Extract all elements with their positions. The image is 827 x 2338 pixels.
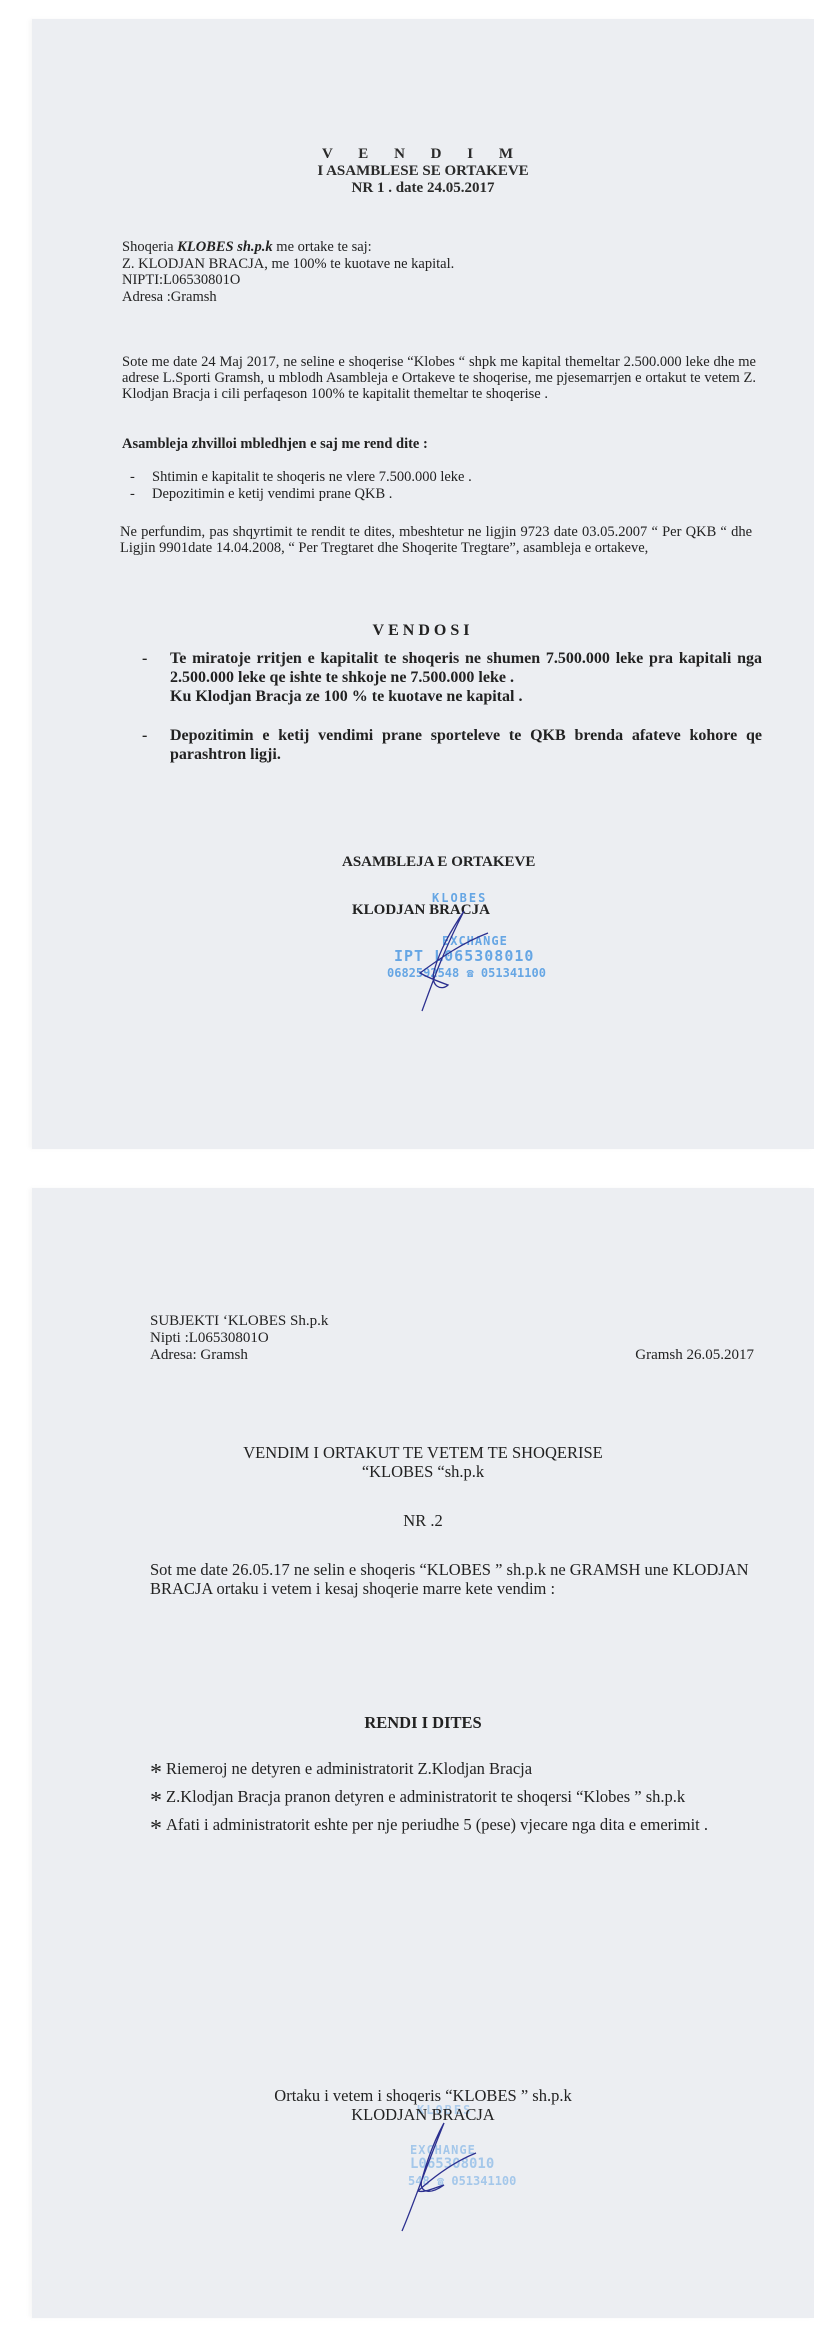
conclusion-paragraph: Ne perfundim, pas shqyrtimit te rendit t… bbox=[120, 524, 752, 556]
decision-title: V E N D I M I ASAMBLESE SE ORTAKEVE NR 1… bbox=[32, 146, 814, 197]
decision-paragraph: Sot me date 26.05.17 ne selin e shoqeris… bbox=[150, 1560, 750, 1598]
title-number-date: NR 1 . date 24.05.2017 bbox=[32, 180, 814, 197]
decides-heading: VENDOSI bbox=[32, 622, 814, 640]
address: Adresa: Gramsh bbox=[150, 1347, 328, 1364]
nipti: NIPTI:L06530801O bbox=[122, 272, 454, 289]
agenda-item-text: Afati i administratorit eshte per nje pe… bbox=[166, 1815, 708, 1834]
asterisk-bullet-icon: * bbox=[150, 1788, 162, 1814]
signature-organization: ASAMBLEJA E ORTAKEVE bbox=[342, 854, 535, 871]
company-line: Shoqeria KLOBES sh.p.k me ortake te saj: bbox=[122, 239, 454, 256]
company-header: Shoqeria KLOBES sh.p.k me ortake te saj:… bbox=[122, 239, 454, 305]
agenda-item: *Riemeroj ne detyren e administratorit Z… bbox=[150, 1758, 770, 1778]
address: Adresa :Gramsh bbox=[122, 289, 454, 306]
decision-number: NR .2 bbox=[32, 1511, 814, 1531]
agenda-list: Shtimin e kapitalit te shoqeris ne vlere… bbox=[122, 469, 472, 503]
decisions-list: Te miratoje rritjen e kapitalit te shoqe… bbox=[142, 649, 762, 784]
company-prefix: Shoqeria bbox=[122, 239, 177, 255]
signature-scribble-icon bbox=[382, 899, 502, 1029]
meeting-paragraph: Sote me date 24 Maj 2017, ne seline e sh… bbox=[122, 354, 756, 402]
title-company: “KLOBES “sh.p.k bbox=[32, 1462, 814, 1481]
title-line: VENDIM I ORTAKUT TE VETEM TE SHOQERISE bbox=[32, 1443, 814, 1462]
asterisk-bullet-icon: * bbox=[150, 1760, 162, 1786]
place-date: Gramsh 26.05.2017 bbox=[635, 1347, 754, 1364]
asterisk-bullet-icon: * bbox=[150, 1816, 162, 1842]
company-name: KLOBES sh.p.k bbox=[177, 239, 273, 255]
subject-header: SUBJEKTI ‘KLOBES Sh.p.k Nipti :L06530801… bbox=[150, 1313, 328, 1364]
decision-text: Ku Klodjan Bracja ze 100 % te kuotave ne… bbox=[170, 687, 762, 706]
agenda-item: Shtimin e kapitalit te shoqeris ne vlere… bbox=[122, 469, 472, 486]
agenda-item: *Afati i administratorit eshte per nje p… bbox=[150, 1814, 770, 1834]
decision-text: Depozitimin e ketij vendimi prane sporte… bbox=[170, 726, 762, 764]
partner-line: Z. KLODJAN BRACJA, me 100% te kuotave ne… bbox=[122, 256, 454, 273]
agenda-heading: RENDI I DITES bbox=[32, 1713, 814, 1733]
agenda-item: Depozitimin e ketij vendimi prane QKB . bbox=[122, 486, 472, 503]
decision-item: Te miratoje rritjen e kapitalit te shoqe… bbox=[142, 649, 762, 706]
nipti: Nipti :L06530801O bbox=[150, 1330, 328, 1347]
signature-scribble-icon bbox=[372, 2113, 492, 2243]
agenda-heading: Asambleja zhvilloi mbledhjen e saj me re… bbox=[122, 436, 428, 453]
decision-title: VENDIM I ORTAKUT TE VETEM TE SHOQERISE “… bbox=[32, 1443, 814, 1481]
agenda-item-text: Riemeroj ne detyren e administratorit Z.… bbox=[166, 1759, 532, 1778]
agenda-item-text: Z.Klodjan Bracja pranon detyren e admini… bbox=[166, 1787, 685, 1806]
title-vendim: V E N D I M bbox=[32, 146, 814, 163]
agenda-list: *Riemeroj ne detyren e administratorit Z… bbox=[150, 1758, 770, 1842]
title-assembly: I ASAMBLESE SE ORTAKEVE bbox=[32, 163, 814, 180]
document-page-1: V E N D I M I ASAMBLESE SE ORTAKEVE NR 1… bbox=[32, 19, 814, 1149]
agenda-item: *Z.Klodjan Bracja pranon detyren e admin… bbox=[150, 1786, 770, 1806]
subject-name: SUBJEKTI ‘KLOBES Sh.p.k bbox=[150, 1313, 328, 1330]
decision-item: Depozitimin e ketij vendimi prane sporte… bbox=[142, 726, 762, 764]
company-suffix: me ortake te saj: bbox=[273, 239, 372, 255]
document-page-2: SUBJEKTI ‘KLOBES Sh.p.k Nipti :L06530801… bbox=[32, 1188, 814, 2318]
decision-text: Te miratoje rritjen e kapitalit te shoqe… bbox=[170, 649, 762, 687]
